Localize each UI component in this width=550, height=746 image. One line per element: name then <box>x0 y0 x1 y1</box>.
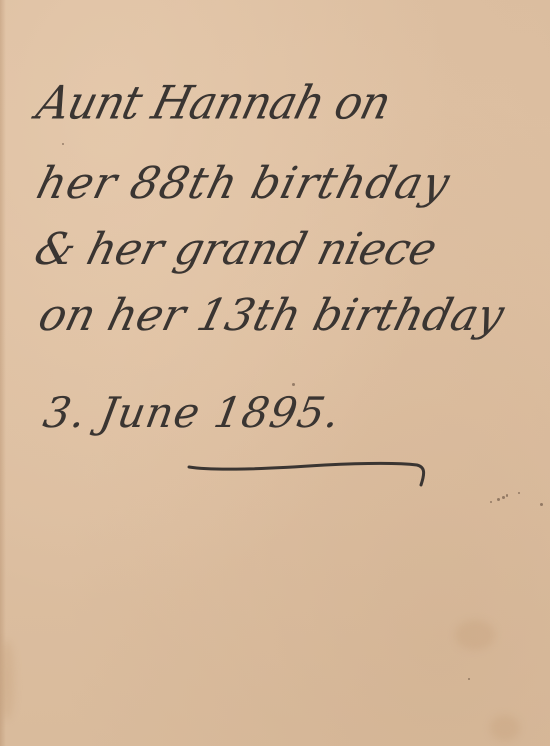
paper-speck <box>518 492 520 494</box>
paper-speck <box>502 496 505 499</box>
paper-speck <box>468 678 470 680</box>
paper-speck <box>292 383 295 386</box>
paper-stain <box>0 640 14 720</box>
paper-stain <box>490 715 520 741</box>
handwritten-line-1: Aunt Hannah on <box>31 77 395 131</box>
handwritten-date: 3. June 1895. <box>40 388 344 437</box>
underline-flourish <box>185 455 430 491</box>
paper-card: Aunt Hannah on her 88th birthday & her g… <box>0 0 550 746</box>
paper-speck <box>540 503 543 506</box>
handwritten-line-4: on her 13th birthday <box>34 290 509 341</box>
paper-speck <box>506 494 508 497</box>
paper-speck <box>497 498 500 501</box>
paper-speck <box>490 501 492 503</box>
paper-stain <box>455 620 495 650</box>
handwritten-line-3: & her grand niece <box>30 224 442 275</box>
paper-speck <box>62 143 64 145</box>
handwritten-line-2: her 88th birthday <box>32 158 456 209</box>
